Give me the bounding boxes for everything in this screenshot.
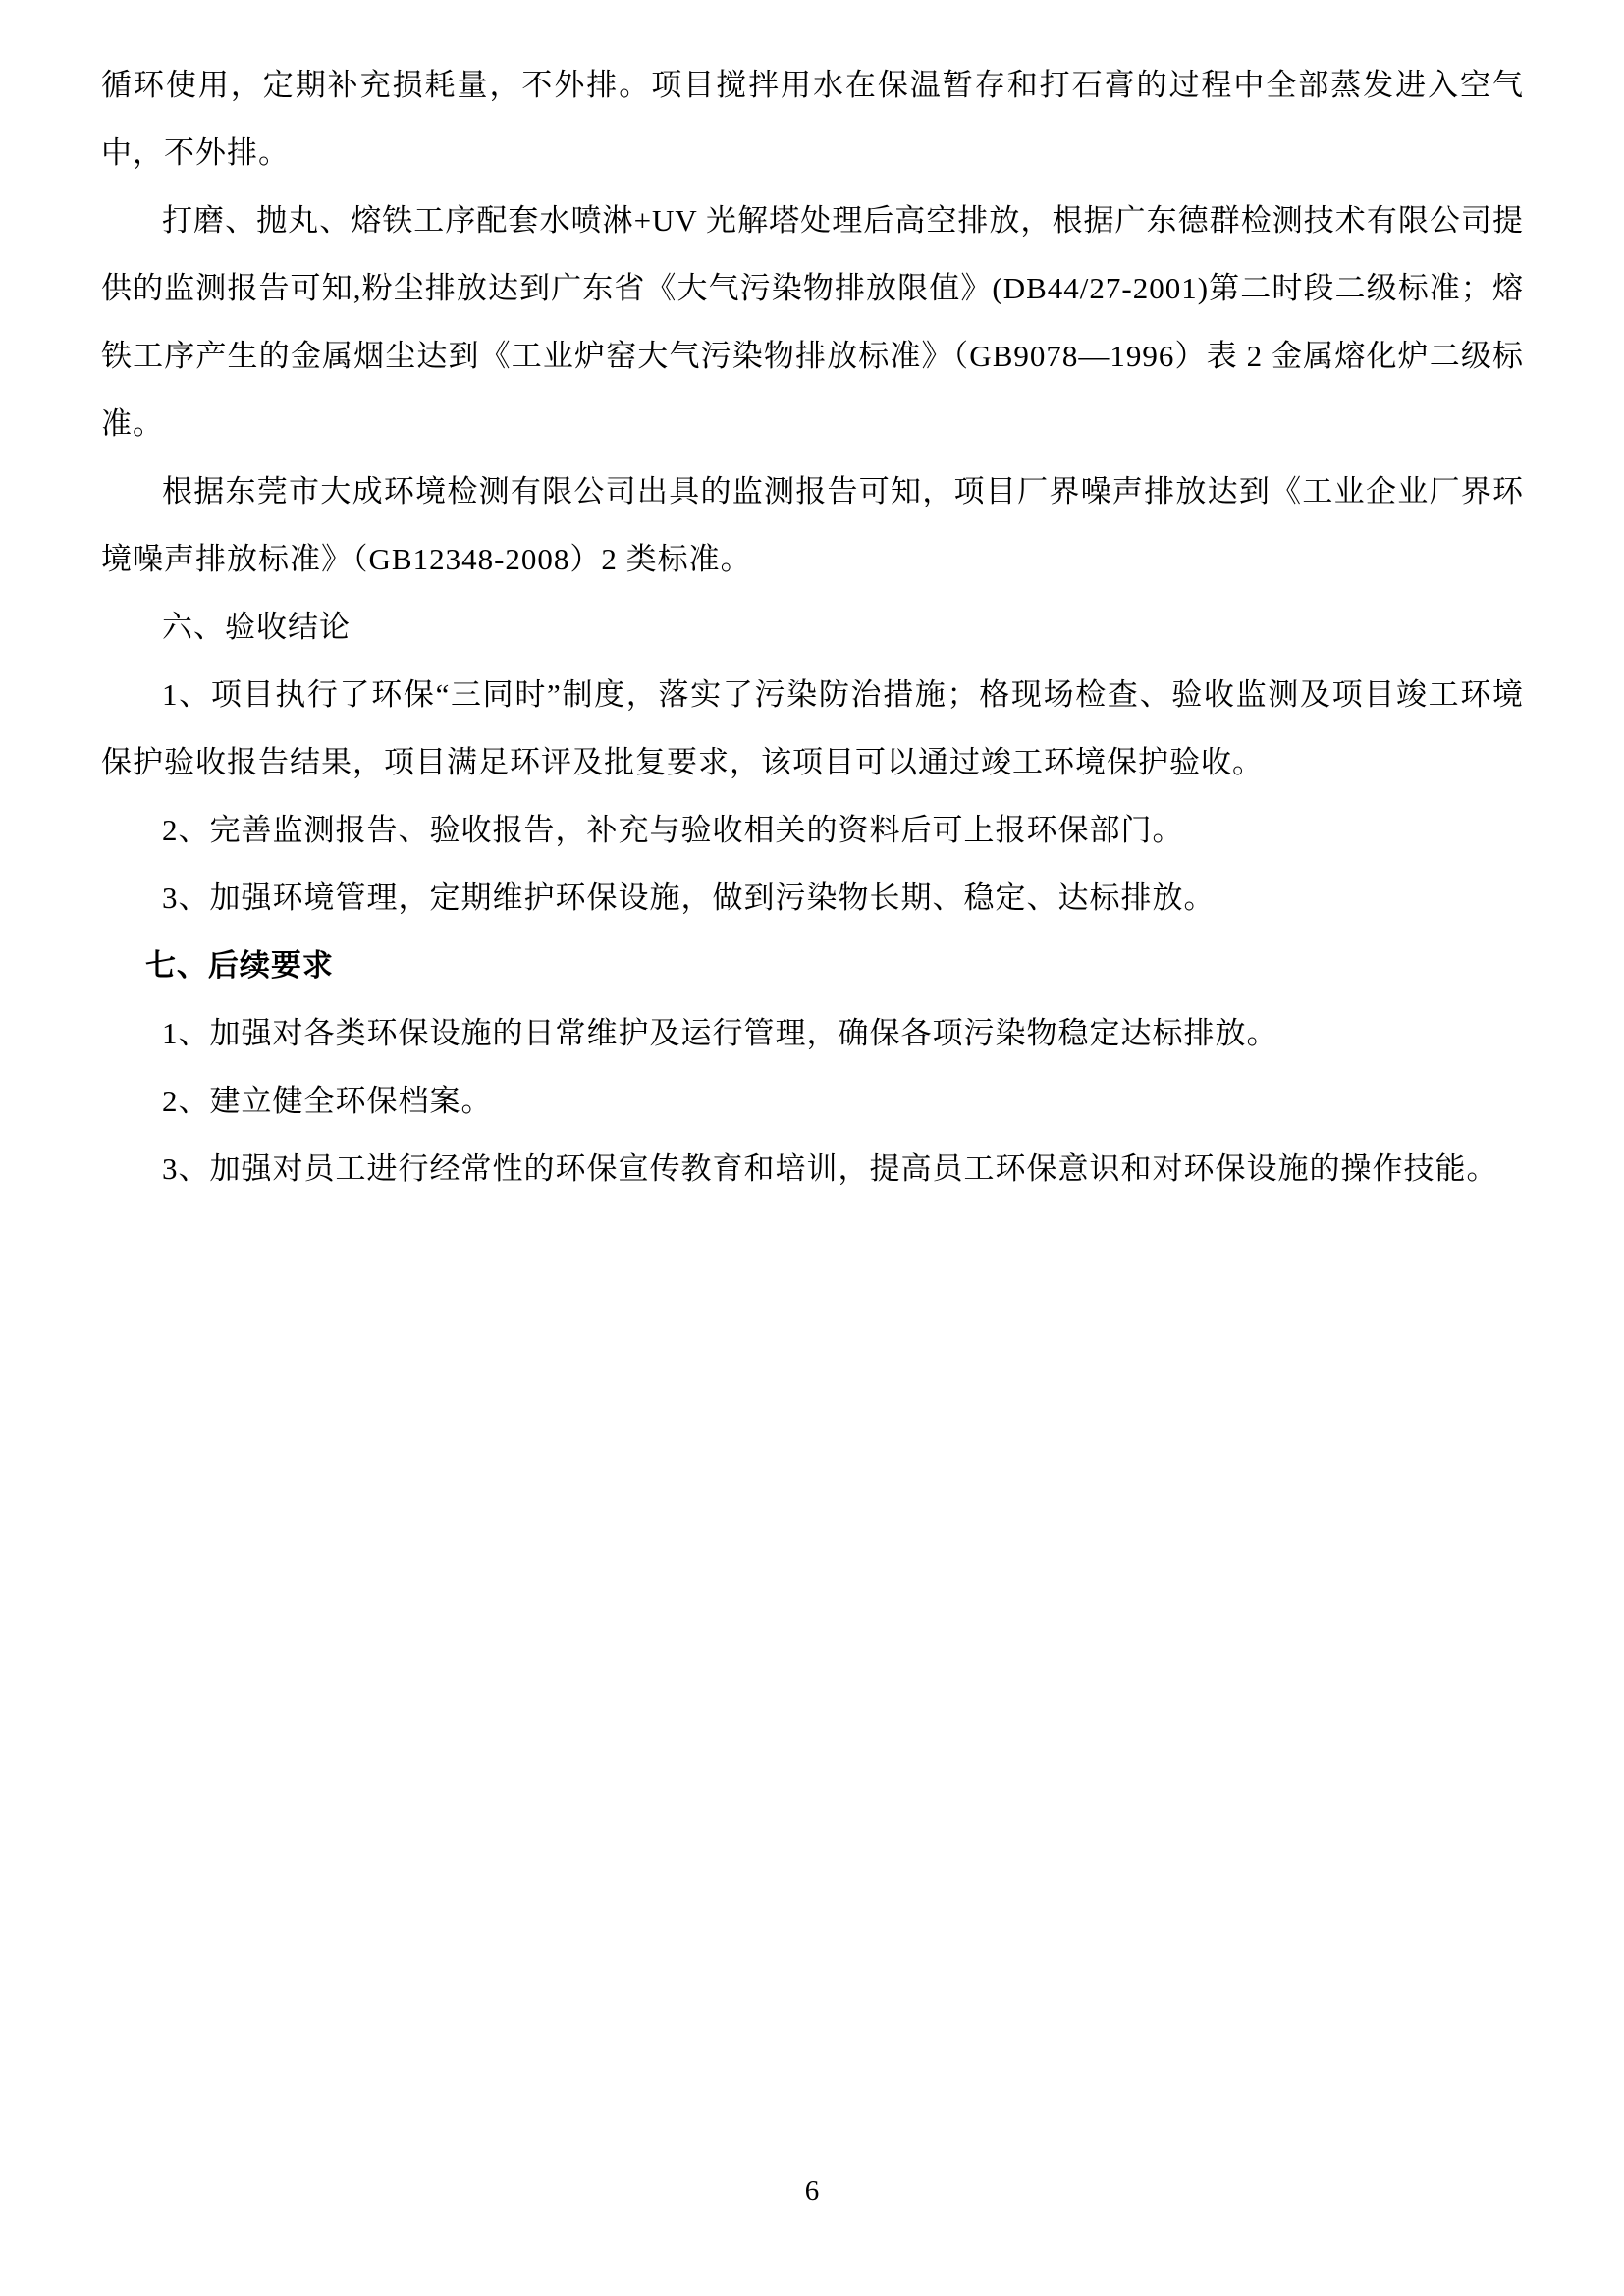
paragraph-noise-emission: 根据东莞市大成环境检测有限公司出具的监测报告可知，项目厂界噪声排放达到《工业企业… bbox=[101, 457, 1524, 593]
follow-up-item-3: 3、加强对员工进行经常性的环保宣传教育和培训，提高员工环保意识和对环保设施的操作… bbox=[101, 1135, 1524, 1202]
document-page: 循环使用，定期补充损耗量，不外排。项目搅拌用水在保温暂存和打石膏的过程中全部蒸发… bbox=[0, 0, 1624, 2296]
page-number: 6 bbox=[0, 2171, 1624, 2211]
section-heading-acceptance-conclusion: 六、验收结论 bbox=[101, 593, 1524, 661]
conclusion-item-1: 1、项目执行了环保“三同时”制度，落实了污染防治措施；格现场检查、验收监测及项目… bbox=[101, 661, 1524, 796]
paragraph-dust-emission: 打磨、抛丸、熔铁工序配套水喷淋+UV 光解塔处理后高空排放，根据广东德群检测技术… bbox=[101, 187, 1524, 457]
follow-up-item-1: 1、加强对各类环保设施的日常维护及运行管理，确保各项污染物稳定达标排放。 bbox=[101, 999, 1524, 1067]
paragraph-water-recycle: 循环使用，定期补充损耗量，不外排。项目搅拌用水在保温暂存和打石膏的过程中全部蒸发… bbox=[101, 51, 1524, 187]
follow-up-item-2: 2、建立健全环保档案。 bbox=[101, 1067, 1524, 1135]
conclusion-item-3: 3、加强环境管理，定期维护环保设施，做到污染物长期、稳定、达标排放。 bbox=[101, 864, 1524, 932]
section-heading-follow-up-requirements: 七、后续要求 bbox=[101, 932, 1524, 999]
conclusion-item-2: 2、完善监测报告、验收报告，补充与验收相关的资料后可上报环保部门。 bbox=[101, 796, 1524, 864]
document-body: 循环使用，定期补充损耗量，不外排。项目搅拌用水在保温暂存和打石膏的过程中全部蒸发… bbox=[101, 51, 1524, 1202]
